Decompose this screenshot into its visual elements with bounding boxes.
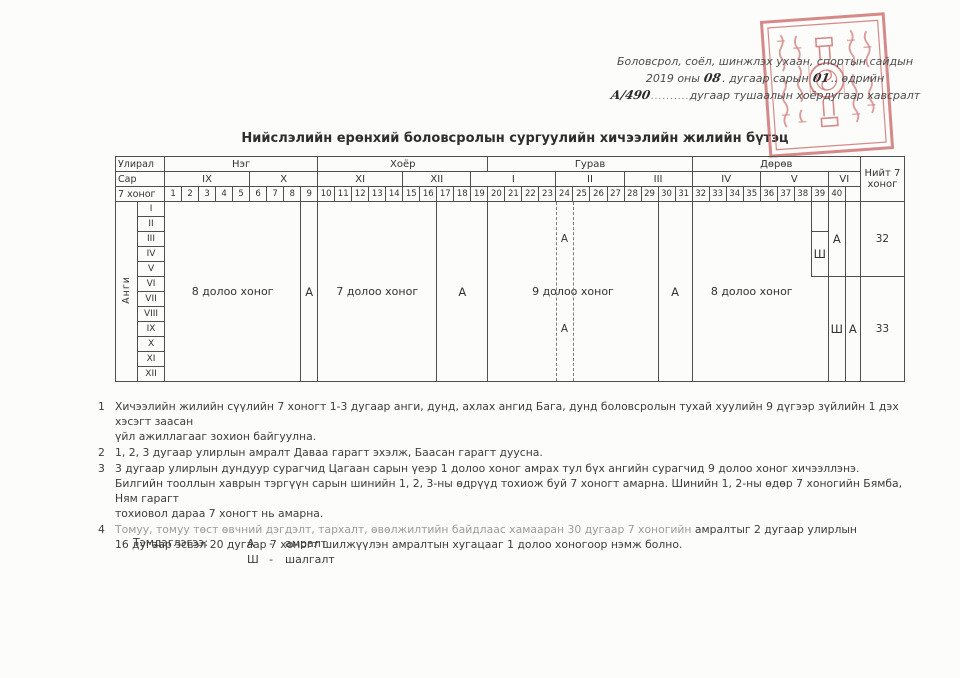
grade-row-1: Анги I 8 долоо хоног А 7 долоо хоног А 9… — [116, 202, 905, 217]
week-header-25: 25 — [573, 187, 590, 202]
month-header-i: I — [471, 172, 556, 187]
week-header-36: 36 — [760, 187, 777, 202]
grade-label: III — [138, 232, 165, 247]
month-header-iii: III — [624, 172, 692, 187]
school-year-structure-table: Улирал Нэг Хоёр Гурав Дөрөв Нийт 7 хоног… — [115, 156, 905, 382]
month-header-xi: XI — [318, 172, 403, 187]
month-header-xii: XII — [403, 172, 471, 187]
week-header-1: 1 — [165, 187, 182, 202]
handwritten-order-number: А/490 — [608, 87, 652, 103]
week-header-17: 17 — [437, 187, 454, 202]
week39-upper-empty-cell — [811, 202, 828, 232]
footnote-1: 1 Хичээлийн жилийн сүүлийн 7 хоногт 1-3 … — [98, 399, 920, 444]
ministry-line: Боловсрол, соёл, шинжлэх ухаан, спортын … — [600, 54, 930, 70]
week-header-7: 7 — [267, 187, 284, 202]
grade-label: VII — [138, 292, 165, 307]
month-header-row: Сар IX X XI XII I II III IV V VI — [116, 172, 905, 187]
quarter-2-header: Хоёр — [318, 157, 488, 172]
week-header-23: 23 — [539, 187, 556, 202]
q2-study-block: 7 долоо хоног — [318, 202, 437, 382]
week-header-5: 5 — [233, 187, 250, 202]
week-header-39: 39 — [811, 187, 828, 202]
quarter-header-row: Улирал Нэг Хоёр Гурав Дөрөв Нийт 7 хоног — [116, 157, 905, 172]
date-line: 2019 оны 08. дугаар сарын 01.. өдрийн — [600, 70, 930, 87]
week-header-40: 40 — [828, 187, 845, 202]
week-extra-cell — [845, 187, 860, 202]
week-header-9: 9 — [301, 187, 318, 202]
rest-upper-cell: А — [828, 202, 845, 277]
legend-caption: Тэмдэглэгээ: — [133, 536, 211, 568]
grade-label: XI — [138, 352, 165, 367]
total-weeks-upper: 32 — [860, 202, 904, 277]
week-header-20: 20 — [488, 187, 505, 202]
week-header-21: 21 — [505, 187, 522, 202]
q3-rest-block: А — [658, 202, 692, 382]
week-header-4: 4 — [216, 187, 233, 202]
quarter-4-header: Дөрөв — [692, 157, 860, 172]
week-header-22: 22 — [522, 187, 539, 202]
week-header-2: 2 — [182, 187, 199, 202]
week39-lower-merged-cell — [811, 277, 828, 382]
week-header-8: 8 — [284, 187, 301, 202]
tsagaan-sar-rest-upper: А — [556, 202, 573, 277]
week-header-12: 12 — [352, 187, 369, 202]
week-header-31: 31 — [675, 187, 692, 202]
q4-study-block: 8 долоо хоног — [692, 202, 811, 382]
week-header-35: 35 — [743, 187, 760, 202]
legend-item-exam: Ш - шалгалт — [247, 552, 335, 568]
grade-label: IV — [138, 247, 165, 262]
week-header-26: 26 — [590, 187, 607, 202]
grade-label: V — [138, 262, 165, 277]
q2-rest-block: А — [437, 202, 488, 382]
q1-study-block: 8 долоо хоног — [165, 202, 301, 382]
week-header-3: 3 — [199, 187, 216, 202]
tsagaan-sar-rest-lower: А — [556, 277, 573, 381]
handwritten-day: 01 — [811, 70, 833, 86]
quarter-3-header: Гурав — [488, 157, 692, 172]
grade-label: VI — [138, 277, 165, 292]
week-header-6: 6 — [250, 187, 267, 202]
scanned-document-page: Боловсрол, соёл, шинжлэх ухаан, спортын … — [0, 0, 960, 678]
week-header-16: 16 — [420, 187, 437, 202]
footnotes: 1 Хичээлийн жилийн сүүлийн 7 хоногт 1-3 … — [98, 399, 920, 553]
week-header-34: 34 — [726, 187, 743, 202]
total-weeks-lower: 33 — [860, 277, 904, 382]
week-header-24: 24 — [556, 187, 573, 202]
grade-label: X — [138, 337, 165, 352]
q3-study-block: 9 долоо хоног А А — [488, 202, 658, 382]
order-annotation: Боловсрол, соёл, шинжлэх ухаан, спортын … — [600, 54, 930, 105]
corner-quarter-label: Улирал — [116, 157, 165, 172]
week-header-38: 38 — [794, 187, 811, 202]
legend-item-rest: А - амралт — [247, 536, 335, 552]
footnote-3: 3 3 дугаар улирлын дундуур сурагчид Цага… — [98, 461, 920, 521]
corner-month-label: Сар — [116, 172, 165, 187]
week-header-18: 18 — [454, 187, 471, 202]
week-header-27: 27 — [607, 187, 624, 202]
week-header-30: 30 — [658, 187, 675, 202]
month-header-ii: II — [556, 172, 624, 187]
week-header-13: 13 — [369, 187, 386, 202]
week-header-row: 7 хоног 12345678910111213141516171819202… — [116, 187, 905, 202]
exam-upper-cell: Ш — [811, 232, 828, 277]
grade-label: II — [138, 217, 165, 232]
week-header-28: 28 — [624, 187, 641, 202]
total-weeks-header: Нийт 7 хоног — [860, 157, 904, 202]
week-header-19: 19 — [471, 187, 488, 202]
quarter-1-header: Нэг — [165, 157, 318, 172]
attachment-line: А/490..........дугаар тушаалын хоёрдугаа… — [600, 87, 930, 105]
week-header-33: 33 — [709, 187, 726, 202]
corner-week-label: 7 хоног — [116, 187, 165, 202]
week-header-10: 10 — [318, 187, 335, 202]
q3-inner: 9 долоо хоног А А — [488, 202, 657, 381]
footnote-2: 2 1, 2, 3 дугаар улирлын амралт Даваа га… — [98, 445, 920, 460]
extra-upper-empty-cell — [845, 202, 860, 277]
month-header-x: X — [250, 172, 318, 187]
week-header-37: 37 — [777, 187, 794, 202]
handwritten-month: 08 — [702, 70, 724, 86]
month-header-v: V — [760, 172, 828, 187]
week-header-14: 14 — [386, 187, 403, 202]
week-header-11: 11 — [335, 187, 352, 202]
legend: Тэмдэглэгээ: А - амралт Ш - шалгалт — [133, 536, 335, 568]
month-header-iv: IV — [692, 172, 760, 187]
exam-lower-cell: Ш — [828, 277, 845, 382]
grade-label: I — [138, 202, 165, 217]
q1-rest-block: А — [301, 202, 318, 382]
grade-label: XII — [138, 367, 165, 382]
month-header-vi: VI — [828, 172, 860, 187]
week-header-15: 15 — [403, 187, 420, 202]
grade-axis-label: Анги — [116, 202, 138, 382]
grade-label: VIII — [138, 307, 165, 322]
rest-lower-cell: А — [845, 277, 860, 382]
dotted-blank: .......... — [651, 92, 690, 102]
grade-label: IX — [138, 322, 165, 337]
week-header-29: 29 — [641, 187, 658, 202]
legend-items: А - амралт Ш - шалгалт — [247, 536, 335, 568]
tsagaan-sar-dashed-line-right — [573, 202, 574, 381]
month-header-ix: IX — [165, 172, 250, 187]
week-header-32: 32 — [692, 187, 709, 202]
